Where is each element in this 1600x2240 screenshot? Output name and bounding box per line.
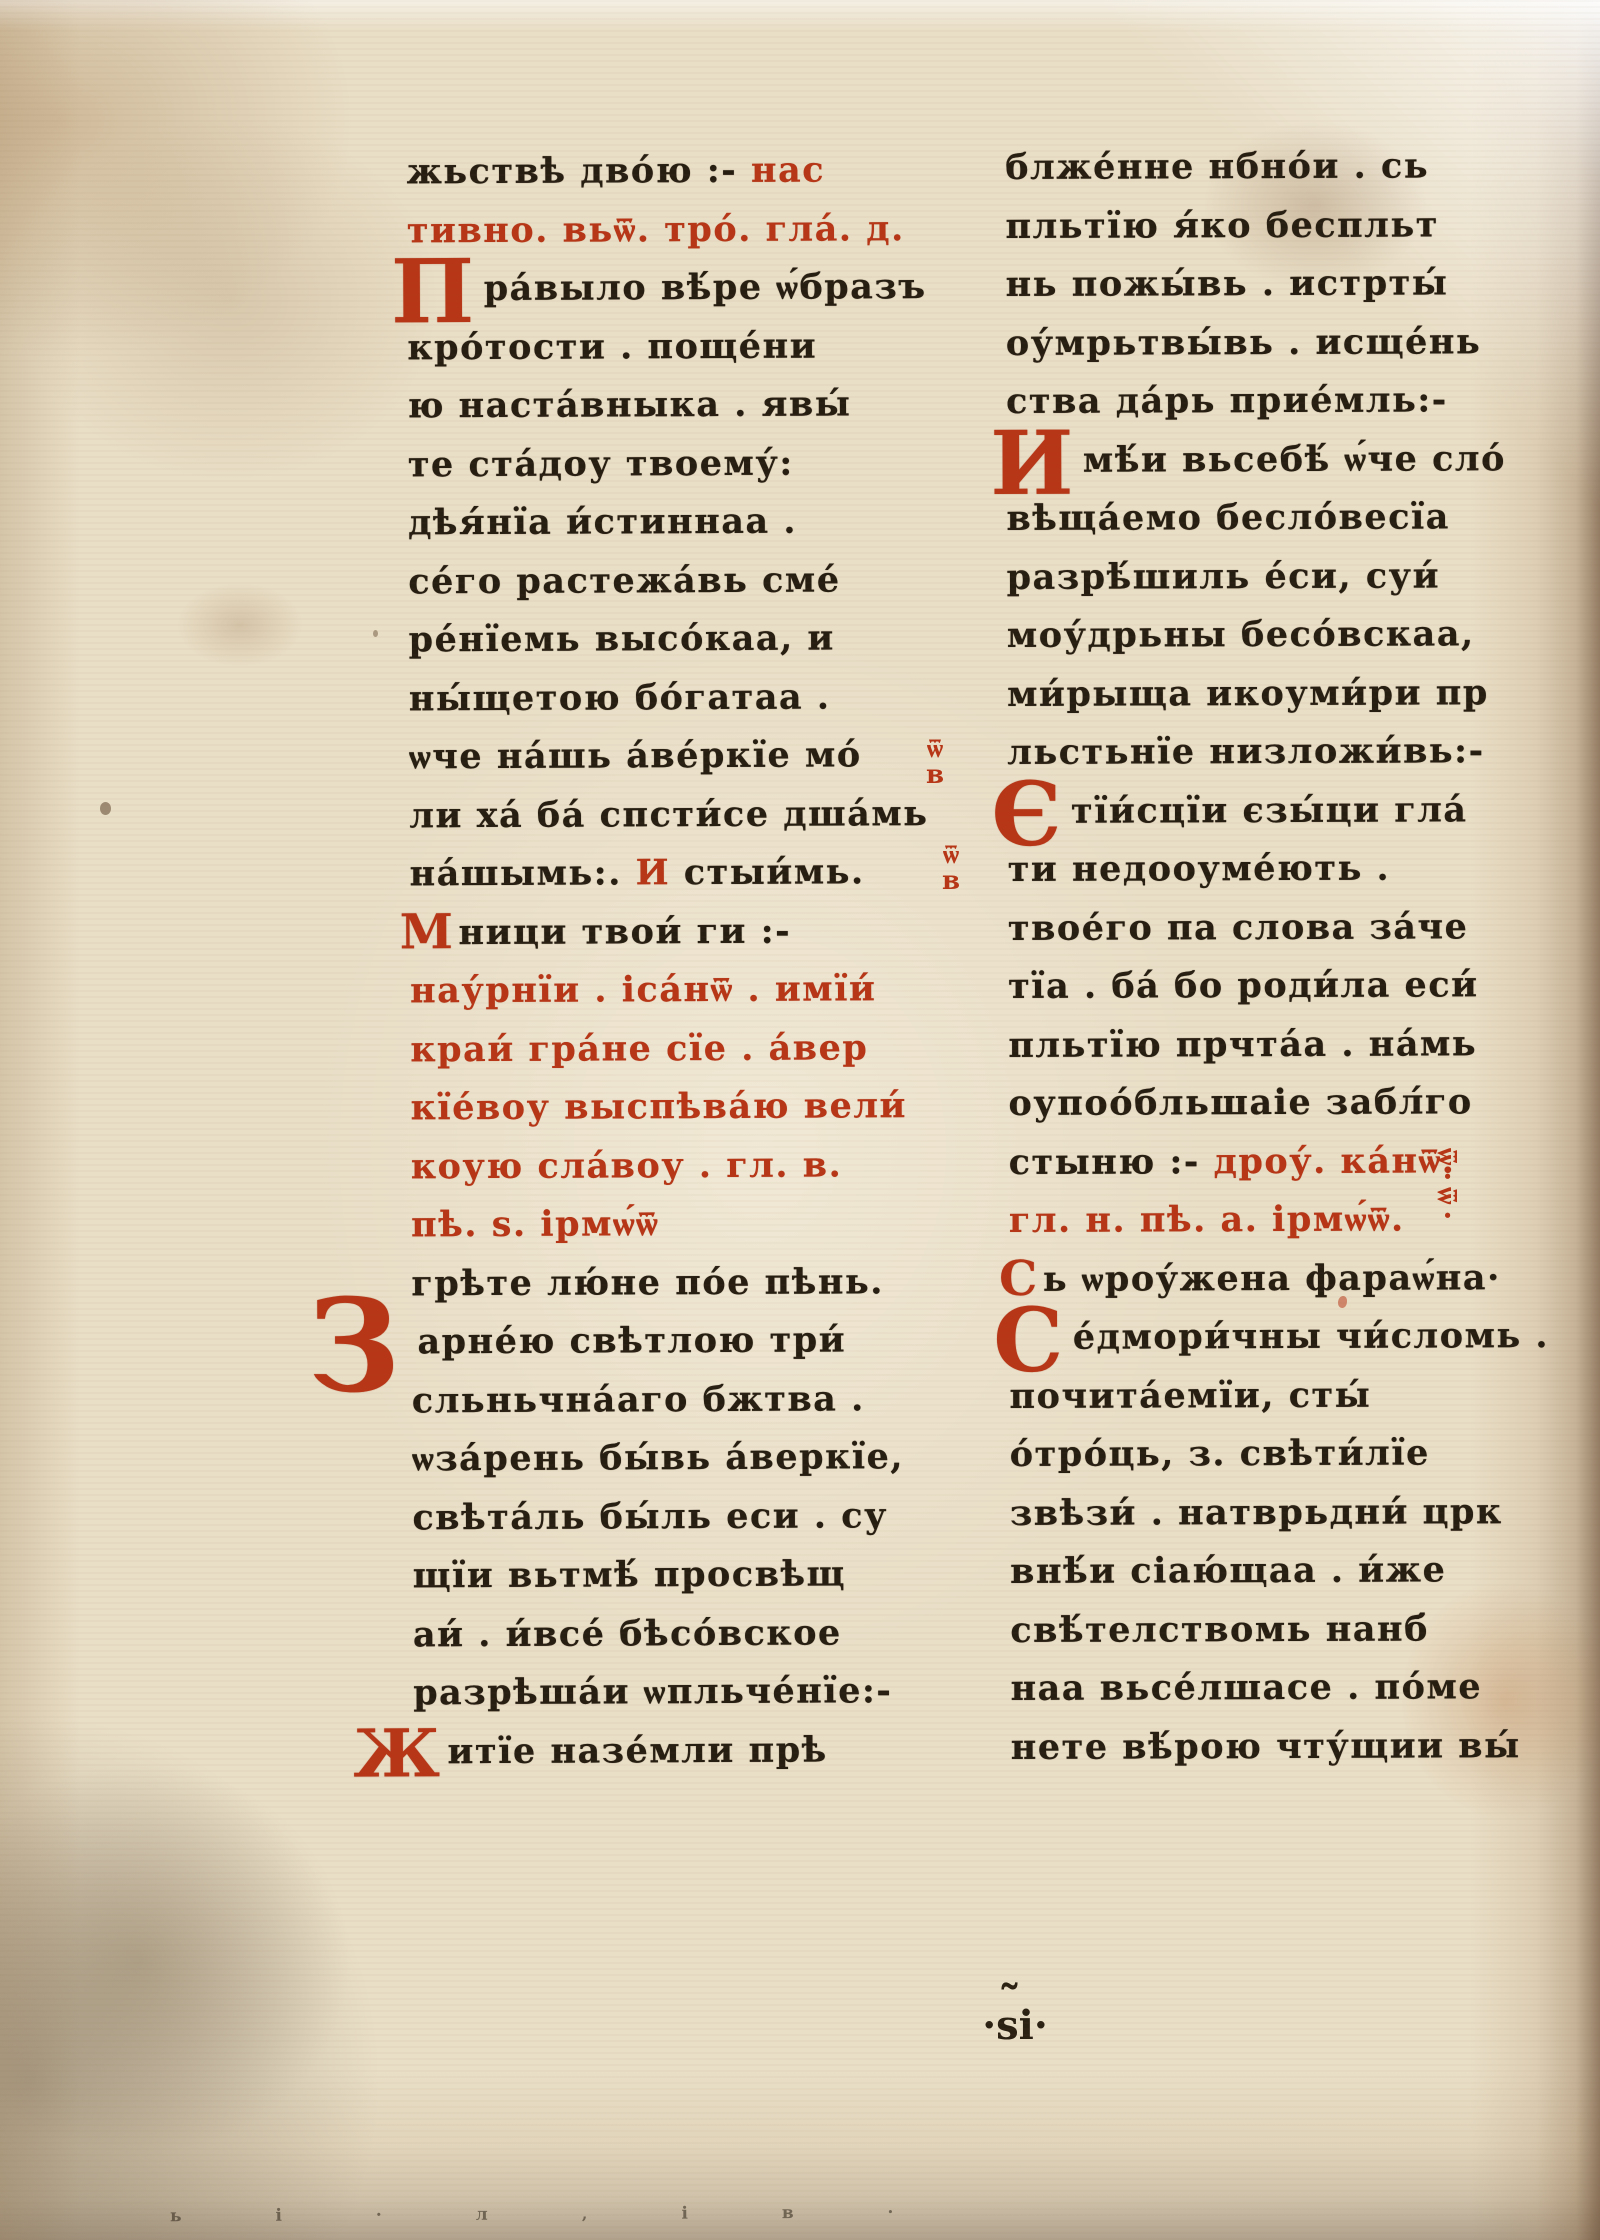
margin-glyph: ѿ <box>942 842 960 868</box>
text-line: пльтїю я́ко беспльт <box>1005 204 1565 264</box>
text-segment: свѣ́телствомь нанб́ <box>1010 1608 1429 1650</box>
text-segment: ь ѡроу́жена фараѡ́на· <box>1043 1257 1501 1300</box>
text-line: Єтїи́сцїи єзы́ци гла́ <box>1007 789 1567 849</box>
text-line: свѣ́телствомь нанб́ <box>1010 1608 1570 1668</box>
text-line: нау́рнїи . іса́нѿ . имїи́ <box>410 968 1030 1029</box>
text-line: ти недооуме́ють . <box>1008 847 1568 907</box>
text-segment: ра́выло вѣ́ре ѡ́бразъ <box>484 266 927 309</box>
text-segment: тїа . ба́ бо роди́ла еси́ <box>1008 964 1479 1007</box>
text-segment: звѣзи́ . натврьдни́ црк <box>1010 1491 1503 1534</box>
text-line: кїе́воу выспѣва́ю вели́ <box>411 1085 1031 1146</box>
text-segment: ре́нїемь высо́каа, и <box>408 617 834 660</box>
drop-cap-initial: З <box>308 1325 402 1367</box>
red-wrap-right: ѿ·ѿ· <box>1434 1148 1460 1226</box>
text-line: се́го растежа́вь сме́ <box>408 558 1028 619</box>
rubric-text-segment: краи́ гра́не сїе . а́вер <box>410 1027 868 1070</box>
text-line: ми́рыща икоуми́ри пр <box>1007 672 1567 732</box>
folio-number: ˜ ·ѕі· <box>940 2002 1090 2049</box>
rubric-text-segment: коую сла́воу . гл. в. <box>411 1144 843 1187</box>
text-line: Пра́выло вѣ́ре ѡ́бразъ <box>407 266 1027 327</box>
rubric-text-segment: тивно. вьѿ. тро́. гла́. д. <box>407 208 905 251</box>
text-line: грѣте лю́не по́е пѣнь. <box>411 1260 1031 1321</box>
margin-glyph: ѿ· <box>1431 1187 1464 1226</box>
manuscript-page: жьствѣ дво́ю :- настивно. вьѿ. тро́. гла… <box>0 0 1600 2240</box>
text-line: о́тро́ць, з. свѣти́лїе <box>1010 1432 1570 1492</box>
text-line: моу́дрьны бесо́вскаа, <box>1007 613 1567 673</box>
text-segment: стыню :- <box>1009 1141 1214 1183</box>
text-line: стыню :- дроу́. ка́нѿ. <box>1009 1140 1569 1200</box>
text-line: почита́емїи, сты́ <box>1009 1374 1569 1434</box>
text-line: жьствѣ дво́ю :- нас <box>406 149 1026 210</box>
text-line: пѣ. ѕ. ірмѡ́ѿ <box>411 1202 1031 1263</box>
text-line: вѣща́емо бесло́весїа <box>1006 496 1566 556</box>
ode-mark-left: ѿв <box>926 736 944 788</box>
text-line: звѣзи́ . натврьдни́ црк <box>1010 1491 1570 1551</box>
text-line: аи́ . и́все́ бѣсо́вское <box>413 1611 1033 1672</box>
rubric-text-segment: И <box>635 852 670 893</box>
text-line: Мници твои́ ги :- <box>410 909 1030 970</box>
text-line: наа вьсе́лшасе . по́ме <box>1010 1666 1570 1726</box>
margin-glyph: в <box>942 868 960 894</box>
text-segment: е́дмори́чны чи́сломь . <box>1073 1315 1549 1358</box>
text-line: ѡза́рень бы́вь а́веркїе, <box>412 1436 1032 1497</box>
text-segment: свѣта́ль бы́ль еси . су <box>412 1495 888 1538</box>
text-segment: мѣ́и вьсебѣ́ ѡ́че сло́ <box>1083 438 1506 480</box>
text-segment: оу́мрьтвы́вь . исще́нь <box>1006 321 1482 364</box>
text-line: свѣта́ль бы́ль еси . су <box>412 1494 1032 1555</box>
titlo-mark: ˜ <box>998 1976 1021 2030</box>
text-line: Сь ѡроу́жена фараѡ́на· <box>1009 1257 1569 1317</box>
rubric-text-segment: дроу́. ка́нѿ. <box>1214 1140 1456 1182</box>
margin-glyph: ѿ· <box>1431 1148 1464 1187</box>
text-segment: вѣща́емо бесло́весїа <box>1006 496 1450 539</box>
text-segment: те ста́доу твоему́: <box>408 442 794 485</box>
text-segment: ли ха́ ба́ спсти́се дша́мь <box>409 793 928 836</box>
text-line: разрѣша́и ѡпльче́нїе:- <box>413 1670 1033 1731</box>
text-segment: ми́рыща икоуми́ри пр <box>1007 672 1489 715</box>
text-segment: арне́ю свѣтлою три́ <box>417 1319 846 1362</box>
text-line: гл. н. пѣ. а. ірмѡ́ѿ. <box>1009 1198 1569 1258</box>
text-segment: нете вѣ́рою чту́щии вы́ <box>1011 1725 1521 1768</box>
text-line: льстьнїе низложи́вь:- <box>1007 730 1567 790</box>
text-line: ства да́рь прие́мль:- <box>1006 379 1566 439</box>
text-segment: ти недооуме́ють . <box>1008 848 1391 890</box>
text-line: нете вѣ́рою чту́щии вы́ <box>1011 1725 1571 1785</box>
text-segment: внѣ́и сіаю́щаа . и́же <box>1010 1549 1446 1592</box>
text-line: кро́тости . поще́ни <box>407 324 1027 385</box>
text-segment: почита́емїи, сты́ <box>1009 1374 1371 1416</box>
text-line: сльньчна́аго бжтва . <box>412 1377 1032 1438</box>
text-segment: дѣя́нїа и́стиннаа . <box>408 501 797 544</box>
text-segment: льстьнїе низложи́вь:- <box>1007 730 1484 773</box>
text-line: разрѣ́шиль е́си, суи́ <box>1007 555 1567 615</box>
text-line: щїи вьтмѣ́ просвѣщ <box>413 1553 1033 1614</box>
text-line: ре́нїемь высо́каа, и <box>408 617 1028 678</box>
ink-speck <box>100 802 111 815</box>
text-segment: се́го растежа́вь сме́ <box>408 559 840 602</box>
text-segment: ѡче на́шь а́ве́ркїе мо́ <box>409 734 862 777</box>
text-segment: ѡза́рень бы́вь а́веркїе, <box>412 1436 904 1479</box>
text-segment: пльтїю прчта́а . на́мь <box>1008 1023 1477 1066</box>
margin-glyph: ѿ <box>926 736 944 762</box>
text-line: те ста́доу твоему́: <box>408 441 1028 502</box>
text-segment: разрѣ́шиль е́си, суи́ <box>1007 555 1440 598</box>
text-segment: жьствѣ дво́ю :- <box>406 150 751 193</box>
text-segment: наа вьсе́лшасе . по́ме <box>1010 1666 1482 1709</box>
rubric-text-segment: нау́рнїи . іса́нѿ . имїи́ <box>410 968 877 1011</box>
text-column-right: блже́нне нбно́и . сьпльтїю я́ко беспльтн… <box>1005 145 1571 1785</box>
text-line: ю наста́вныка . явы́ <box>407 383 1027 444</box>
text-line: внѣ́и сіаю́щаа . и́же <box>1010 1549 1570 1609</box>
text-line: блже́нне нбно́и . сь <box>1005 145 1565 205</box>
text-line: Житїе назе́мли прѣ <box>413 1728 1033 1789</box>
text-segment: щїи вьтмѣ́ просвѣщ <box>413 1553 847 1596</box>
text-segment: блже́нне нбно́и . сь <box>1005 146 1429 188</box>
text-line: Се́дмори́чны чи́сломь . <box>1009 1315 1569 1375</box>
text-line: дѣя́нїа и́стиннаа . <box>408 500 1028 561</box>
drop-cap-initial: М <box>400 912 455 952</box>
text-line: твое́го па слова за́че <box>1008 906 1568 966</box>
text-segment: твое́го па слова за́че <box>1008 906 1469 949</box>
text-line: пльтїю прчта́а . на́мь <box>1008 1023 1568 1083</box>
text-segment: на́шымь:. <box>409 852 635 894</box>
text-line: Зарне́ю свѣтлою три́ <box>412 1319 1032 1380</box>
text-segment: оупоо́бльшаіе забл́го <box>1008 1081 1472 1124</box>
drop-cap-initial: И <box>990 439 1075 485</box>
text-segment: нь пожы́вь . истрты́ <box>1006 262 1449 305</box>
text-line: нь пожы́вь . истрты́ <box>1006 262 1566 322</box>
text-segment: сльньчна́аго бжтва . <box>412 1378 865 1421</box>
text-line: оупоо́бльшаіе забл́го <box>1008 1081 1568 1141</box>
text-line: тїа . ба́ бо роди́ла еси́ <box>1008 964 1568 1024</box>
margin-glyph: в <box>926 762 944 788</box>
text-segment: стыи́мь. <box>670 851 865 893</box>
text-line: краи́ гра́не сїе . а́вер <box>410 1026 1030 1087</box>
text-segment: пльтїю я́ко беспльт <box>1005 204 1439 247</box>
photo-of-manuscript: { "page": { "description": "Church Slavo… <box>0 0 1600 2240</box>
drop-cap-initial: П <box>391 268 476 314</box>
text-line: коую сла́воу . гл. в. <box>411 1143 1031 1204</box>
text-segment: грѣте лю́не по́е пѣнь. <box>411 1261 884 1304</box>
text-segment: кро́тости . поще́ни <box>407 325 817 368</box>
rubric-text-segment: нас <box>751 150 825 191</box>
text-segment: итїе назе́мли прѣ <box>447 1729 827 1772</box>
rubric-text-segment: кїе́воу выспѣва́ю вели́ <box>411 1085 908 1128</box>
text-line: оу́мрьтвы́вь . исще́нь <box>1006 321 1566 381</box>
rubric-text-segment: пѣ. ѕ. ірмѡ́ѿ <box>411 1203 659 1245</box>
text-column-left: жьствѣ дво́ю :- настивно. вьѿ. тро́. гла… <box>406 149 1033 1790</box>
text-segment: аи́ . и́все́ бѣсо́вское <box>413 1612 842 1655</box>
drop-cap-initial: Є <box>991 790 1063 836</box>
text-line: тивно. вьѿ. тро́. гла́. д. <box>407 207 1027 268</box>
text-segment: разрѣша́и ѡпльче́нїе:- <box>413 1670 892 1713</box>
text-segment: о́тро́ць, з. свѣти́лїе <box>1010 1433 1430 1475</box>
text-segment: ю наста́вныка . явы́ <box>407 383 851 426</box>
text-segment: ны́щетою бо́гатаа . <box>409 676 831 719</box>
drop-cap-initial: Ж <box>353 1731 441 1775</box>
ode-mark-right: ѿв <box>942 842 960 894</box>
bottom-edge-scribbles: ь і · л ‚ і в · <box>170 2200 1430 2227</box>
text-segment: ници твои́ ги :- <box>458 910 791 952</box>
text-line: Имѣ́и вьсебѣ́ ѡ́че сло́ <box>1006 438 1566 498</box>
text-line: на́шымь:. И стыи́мь. <box>409 851 1029 912</box>
text-segment: тїи́сцїи єзы́ци гла́ <box>1071 789 1468 831</box>
text-line: ли ха́ ба́ спсти́се дша́мь <box>409 792 1029 853</box>
text-line: ны́щетою бо́гатаа . <box>409 675 1029 736</box>
rubric-text-segment: гл. н. пѣ. а. ірмѡ́ѿ. <box>1009 1199 1405 1241</box>
text-segment: моу́дрьны бесо́вскаа, <box>1007 613 1475 656</box>
drop-cap-initial: С <box>993 1317 1065 1363</box>
